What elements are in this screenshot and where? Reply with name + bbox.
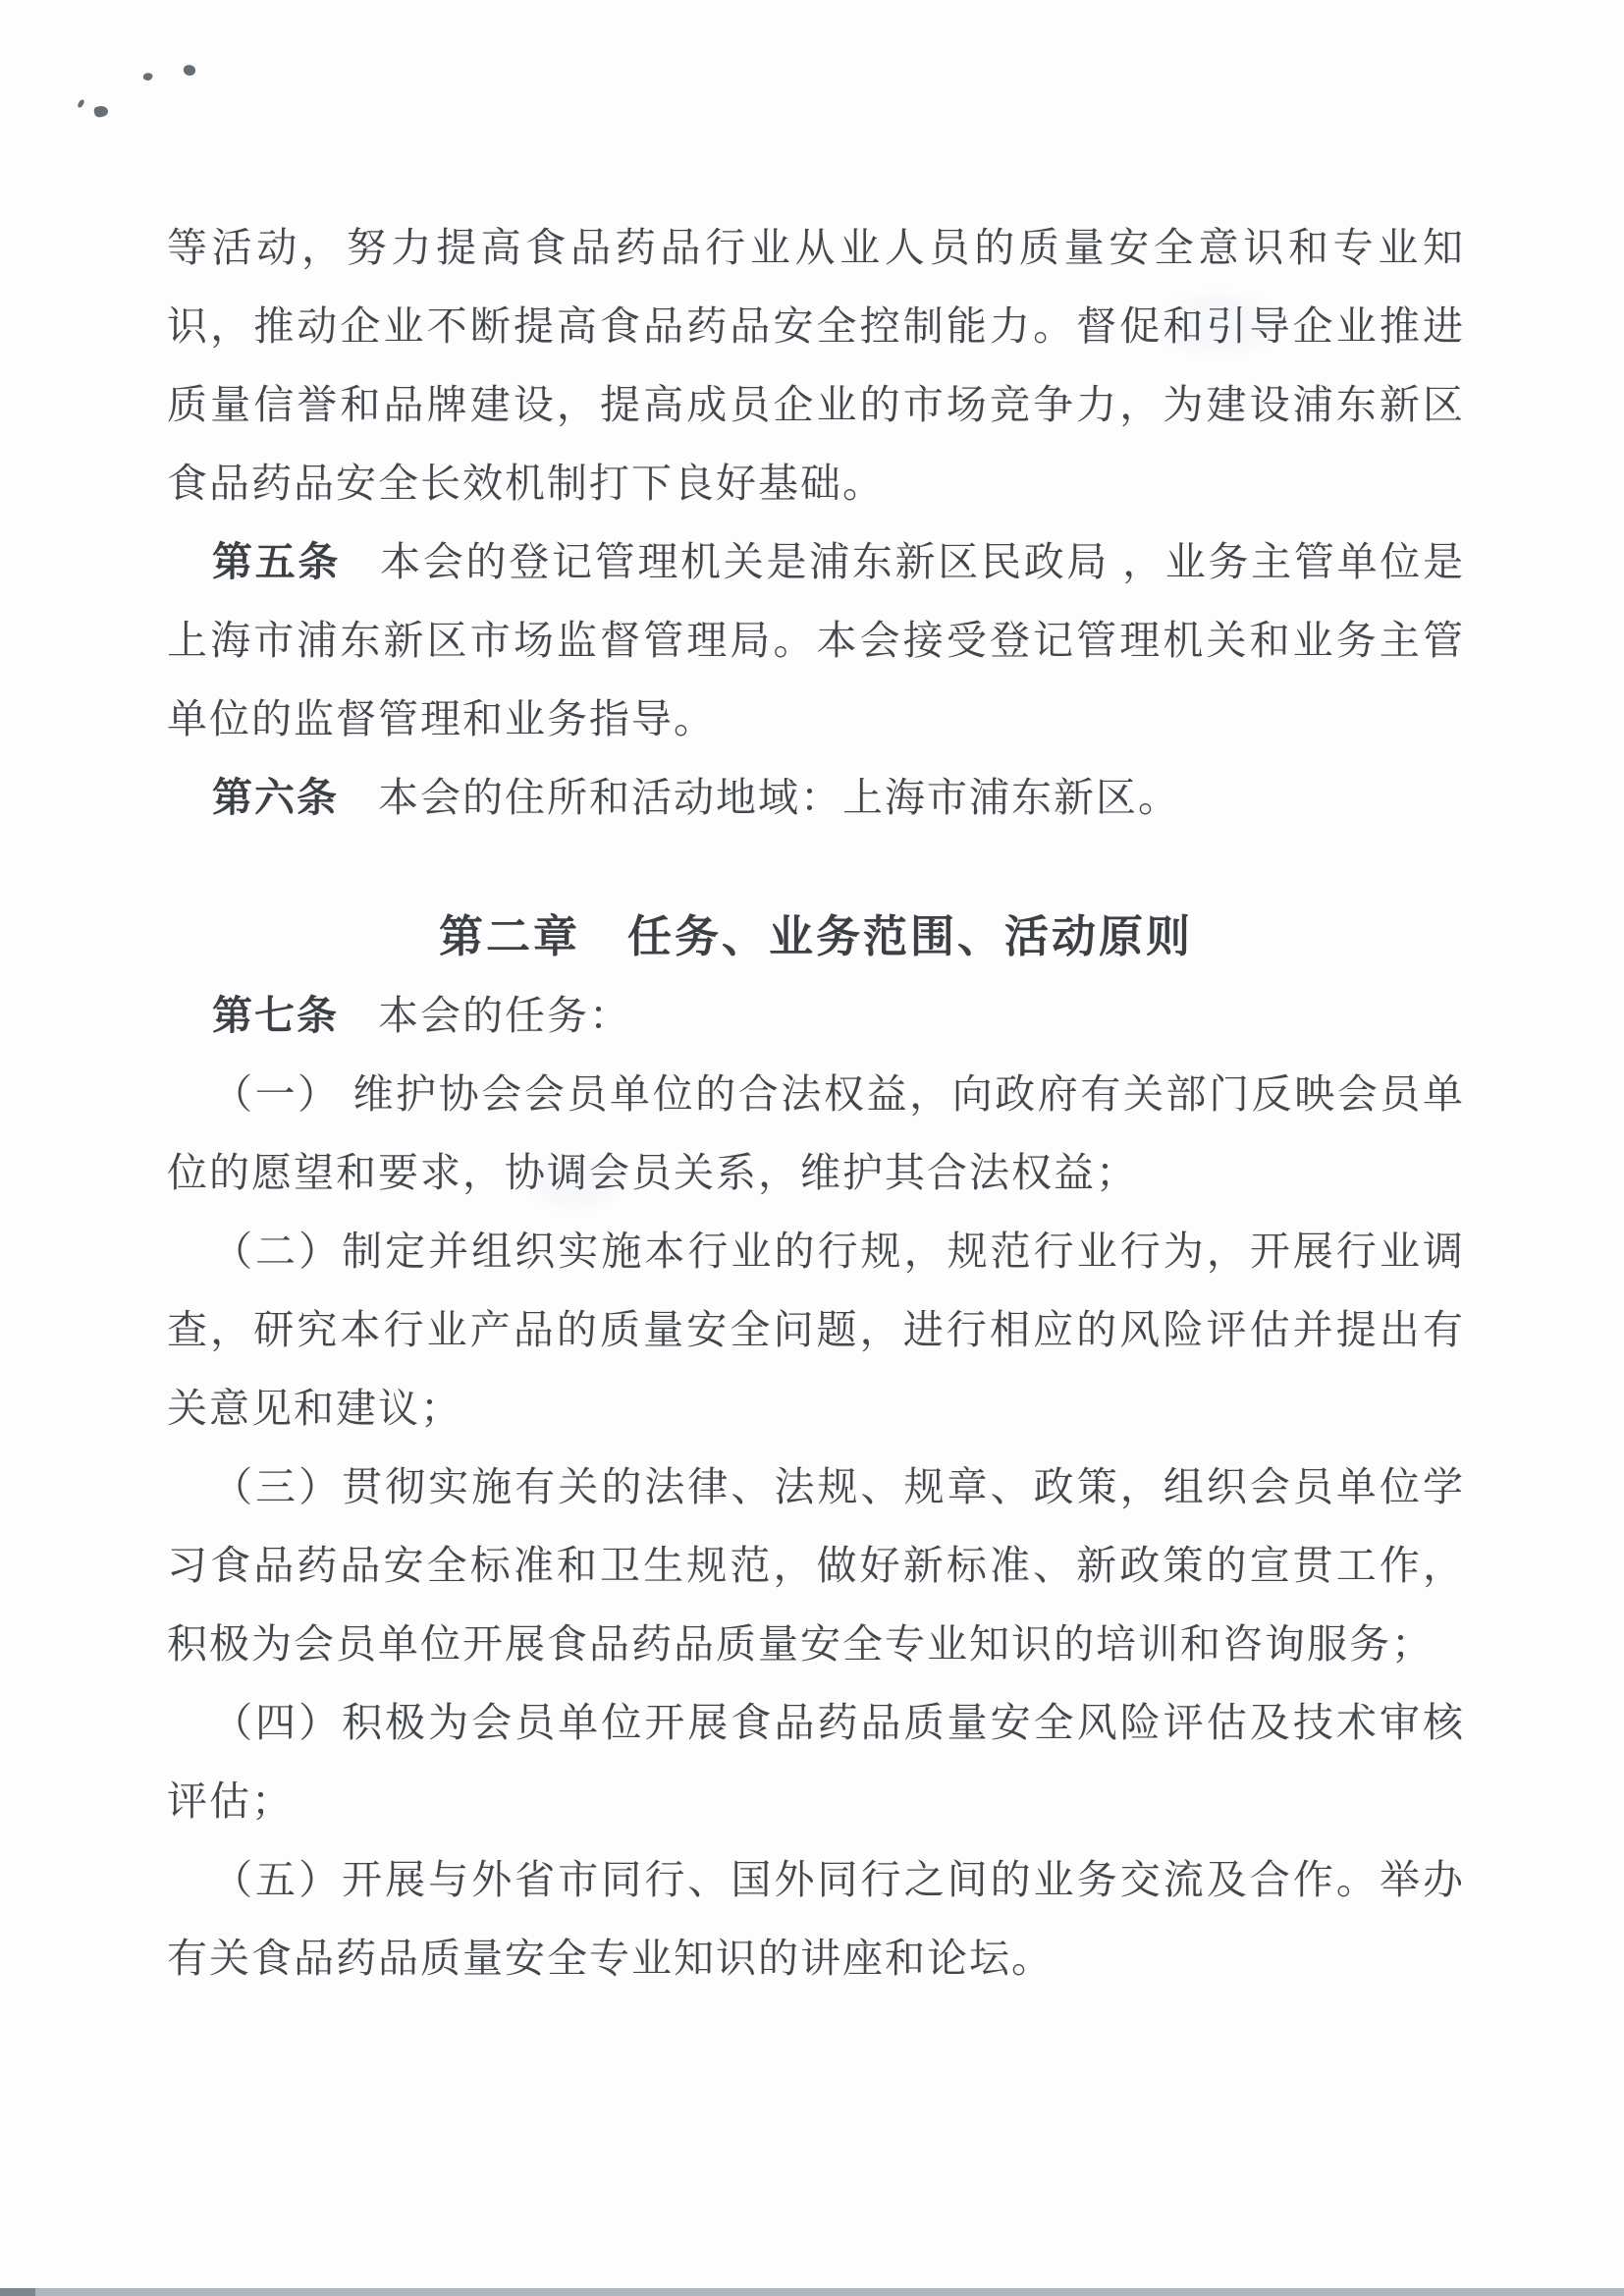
task-item-5: （五）开展与外省市同行、国外同行之间的业务交流及合作。举办有关食品药品质量安全专…: [167, 1840, 1465, 1997]
task-item-1: （一） 维护协会会员单位的合法权益，向政府有关部门反映会员单位的愿望和要求，协调…: [167, 1055, 1465, 1212]
task-item-3: （三）贯彻实施有关的法律、法规、规章、政策，组织会员单位学习食品药品安全标准和卫…: [167, 1448, 1465, 1683]
paragraph-article-5: 第五条本会的登记管理机关是浦东新区民政局 ，业务主管单位是上海市浦东新区市场监督…: [167, 522, 1465, 758]
paragraph-intro-continuation: 等活动，努力提高食品药品行业从业人员的质量安全意识和专业知识，推动企业不断提高食…: [167, 208, 1465, 522]
article-5-text: 本会的登记管理机关是浦东新区民政局 ，业务主管单位是上海市浦东新区市场监督管理局…: [167, 539, 1465, 741]
ink-speck: [77, 98, 84, 108]
ink-speck: [142, 72, 153, 82]
ink-speck: [183, 64, 196, 78]
paragraph-article-7: 第七条本会的任务：: [167, 976, 1465, 1055]
paragraph-article-6: 第六条本会的住所和活动地域：上海市浦东新区。: [167, 758, 1465, 837]
document-body: 等活动，努力提高食品药品行业从业人员的质量安全意识和专业知识，推动企业不断提高食…: [167, 208, 1465, 1997]
scan-edge-strip: [0, 2288, 1624, 2296]
task-item-4: （四）积极为会员单位开展食品药品质量安全风险评估及技术审核评估；: [167, 1683, 1465, 1840]
article-5-label: 第五条: [212, 539, 341, 584]
scanned-document-page: 等活动，努力提高食品药品行业从业人员的质量安全意识和专业知识，推动企业不断提高食…: [0, 0, 1624, 2296]
article-7-label: 第七条: [212, 993, 339, 1038]
ink-speck: [93, 105, 109, 118]
article-7-text: 本会的任务：: [378, 993, 631, 1038]
article-6-label: 第六条: [212, 775, 339, 820]
scan-edge-corner: [0, 2288, 35, 2296]
chapter-2-heading: 第二章 任务、业务范围、活动原则: [167, 898, 1465, 976]
task-item-2: （二）制定并组织实施本行业的行规，规范行业行为，开展行业调查，研究本行业产品的质…: [167, 1212, 1465, 1448]
article-6-text: 本会的住所和活动地域：上海市浦东新区。: [378, 775, 1180, 820]
